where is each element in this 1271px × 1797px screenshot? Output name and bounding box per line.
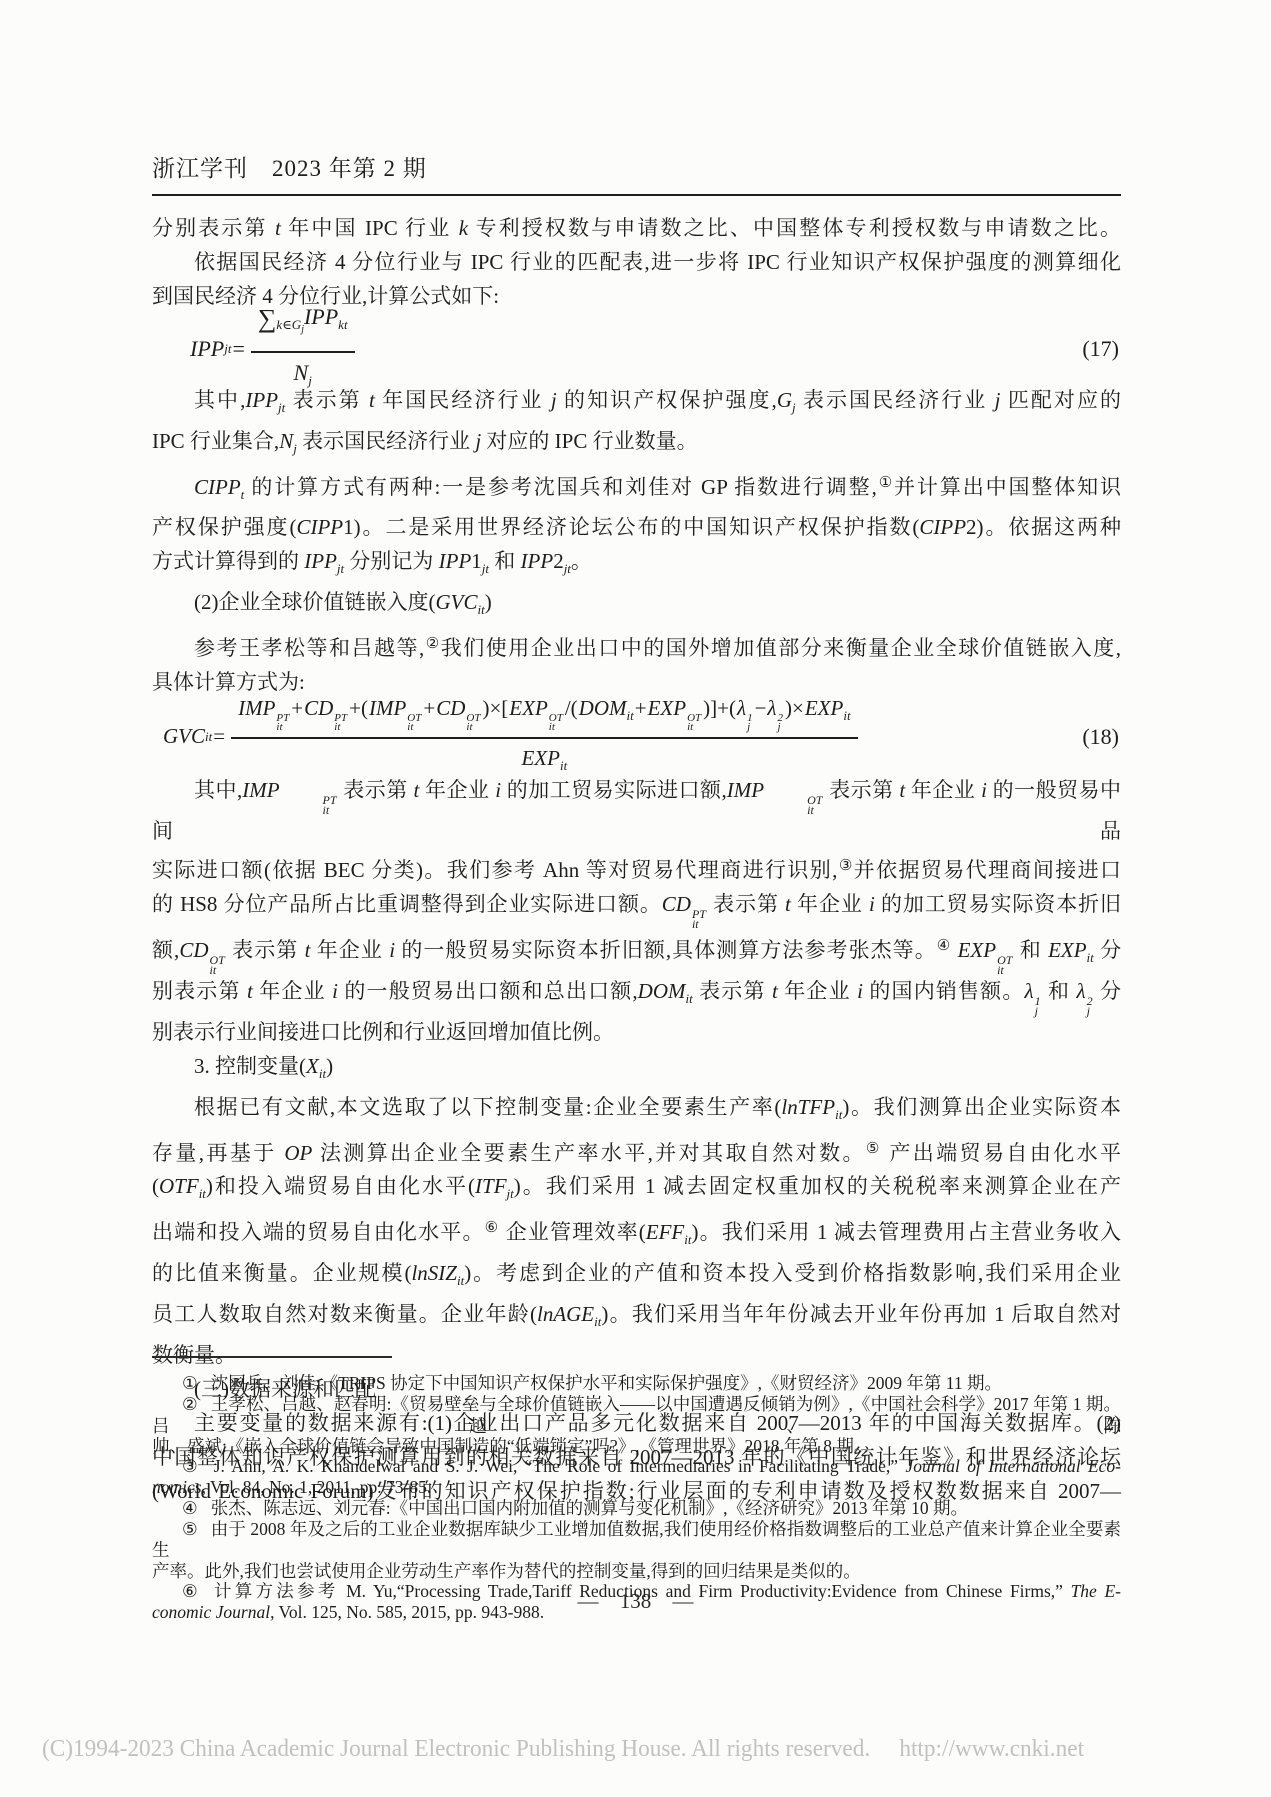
body-line: 分别表示第 t 年中国 IPC 行业 k 专利授权数与申请数之比、中国整体专利授… [152, 212, 1121, 246]
watermark-url: http://www.cnki.net [899, 1736, 1084, 1763]
formula-17-fraction: ∑k∈GjIPPkt Nj [251, 300, 355, 398]
body-line: 其中,IMPPTit 表示第 t 年企业 i 的加工贸易实际进口额,IMPOTi… [152, 774, 1121, 849]
body-line: 的 HS8 分位产品所占比重调整得到企业实际进口额。CDPTit 表示第 t 年… [152, 888, 1121, 929]
body-line: IPC 行业集合,Nj 表示国民经济行业 j 对应的 IPC 行业数量。 [152, 425, 1121, 466]
body-line: 出端和投入端的贸易自由化水平。⑥ 企业管理效率(EFFit)。我们采用 1 减去… [152, 1211, 1121, 1257]
equation-number-18: (18) [1082, 720, 1119, 754]
body-line: 员工人数取自然对数来衡量。企业年龄(lnAGEit)。我们采用当年年份减去开业年… [152, 1298, 1121, 1339]
formula-18-numerator: IMPPTit+CDPTit+(IMPOTit+CDOTit)×[EXPOTit… [231, 692, 858, 739]
stacked-script: 1j [747, 714, 753, 733]
watermark: (C)1994-2023 China Academic Journal Elec… [42, 1736, 1206, 1763]
journal-header: 浙江学刊 2023 年第 2 期 [152, 150, 427, 183]
body-line: CIPPt 的计算方式有两种:一是参考沈国兵和刘佳对 GP 指数进行调整,①并计… [152, 466, 1121, 512]
footnote-line: ②王孝松、吕越、赵春明:《贸易壁垒与全球价值链嵌入——以中国遭遇反倾销为例》,《… [152, 1394, 1121, 1436]
body-line: 依据国民经济 4 分位行业与 IPC 行业的匹配表,进一步将 IPC 行业知识产… [152, 246, 1121, 280]
body-line: 的比值来衡量。企业规模(lnSIZit)。考虑到企业的产值和资本投入受到价格指数… [152, 1257, 1121, 1298]
footnote-line: ①沈国兵、刘佳:《TRIPS 协定下中国知识产权保护水平和实际保护强度》,《财贸… [152, 1373, 1121, 1394]
stacked-script: OTit [466, 714, 480, 733]
body-line: 参考王孝松等和吕越等,②我们使用企业出口中的国外增加值部分来衡量企业全球价值链嵌… [152, 627, 1121, 666]
stacked-script: OTit [687, 714, 701, 733]
stacked-script: PTit [281, 795, 337, 815]
formula-18-fraction: IMPPTit+CDPTit+(IMPOTit+CDOTit)×[EXPOTit… [231, 692, 858, 783]
body-line: 产权保护强度(CIPP1)。二是采用世界经济论坛公布的中国知识产权保护指数(CI… [152, 511, 1121, 545]
stacked-script: 1j [1035, 996, 1041, 1016]
formula-17-lhs: IPPjt = [190, 332, 246, 366]
equation-number-17: (17) [1082, 332, 1119, 366]
footnote-line: 帅、盛斌:《嵌入全球价值链会导致中国制造的“低端锁定”吗?》,《管理世界》201… [152, 1436, 1121, 1456]
stacked-script: 2j [778, 714, 784, 733]
stacked-script: OTit [210, 955, 225, 975]
footnotes: ①沈国兵、刘佳:《TRIPS 协定下中国知识产权保护水平和实际保护强度》,《财贸… [152, 1373, 1121, 1623]
body-line: 别表示行业间接进口比例和行业返回增加值比例。 [152, 1016, 1121, 1050]
footnote-line: nomics, Vol. 84, No. 1, 2011, pp. 73-85. [152, 1477, 1121, 1497]
body-line: (OTFit)和投入端贸易自由化水平(ITFjt)。我们采用 1 减去固定权重加… [152, 1170, 1121, 1211]
stacked-script: PTit [334, 714, 347, 733]
formula-17-numerator: ∑k∈GjIPPkt [251, 300, 355, 353]
watermark-text: (C)1994-2023 China Academic Journal Elec… [42, 1736, 870, 1763]
body-line: 方式计算得到的 IPPjt 分别记为 IPP1jt 和 IPP2jt。 [152, 545, 1121, 586]
formula-18-lhs: GVCit= [163, 720, 226, 754]
formula-17-denominator: Nj [294, 353, 312, 398]
body-line: 存量,再基于 OP 法测算出企业全要素生产率水平,并对其取自然对数。⑤ 产出端贸… [152, 1132, 1121, 1171]
stacked-script: 2j [1087, 996, 1093, 1016]
formula-18-denominator: EXPit [521, 739, 567, 783]
body-line: 额,CDOTit 表示第 t 年企业 i 的一般贸易实际资本折旧额,具体测算方法… [152, 929, 1121, 975]
body-text: 分别表示第 t 年中国 IPC 行业 k 专利授权数与申请数之比、中国整体专利授… [152, 212, 1121, 1509]
stacked-script: OTit [549, 714, 563, 733]
footnote-line: ⑤由于 2008 年及之后的工业企业数据库缺少工业增加值数据,我们使用经价格指数… [152, 1519, 1121, 1561]
body-line: 实际进口额(依据 BEC 分类)。我们参考 Ahn 等对贸易代理商进行识别,③并… [152, 849, 1121, 888]
stacked-script: OTit [407, 714, 421, 733]
stacked-script: OTit [765, 795, 822, 815]
body-line: 别表示第 t 年企业 i 的一般贸易出口额和总出口额,DOMit 表示第 t 年… [152, 975, 1121, 1016]
page-number: — 138 — [0, 1589, 1271, 1614]
footnote-line: ③J. Ahn, A. K. Khandelwal and S. J. Wei,… [152, 1456, 1121, 1477]
formula-18: GVCit= IMPPTit+CDPTit+(IMPOTit+CDOTit)×[… [152, 700, 1121, 774]
stacked-script: PTit [276, 714, 289, 733]
body-line: 根据已有文献,本文选取了以下控制变量:企业全要素生产率(lnTFPit)。我们测… [152, 1091, 1121, 1132]
footnote-line: 产率。此外,我们也尝试使用企业劳动生产率作为替代的控制变量,得到的回归结果是类似… [152, 1561, 1121, 1581]
body-line: 3. 控制变量(Xit) [152, 1050, 1121, 1091]
header-rule [152, 194, 1121, 196]
journal-page: 浙江学刊 2023 年第 2 期 分别表示第 t 年中国 IPC 行业 k 专利… [0, 0, 1271, 1797]
footnote-line: ④张杰、陈志远、刘元春:《中国出口国内附加值的测算与变化机制》,《经济研究》20… [152, 1498, 1121, 1519]
formula-17: IPPjt = ∑k∈GjIPPkt Nj (17) [152, 314, 1121, 384]
footnotes-divider [152, 1356, 392, 1358]
stacked-script: PTit [692, 909, 706, 929]
body-line: (2)企业全球价值链嵌入度(GVCit) [152, 586, 1121, 627]
stacked-script: OTit [997, 955, 1012, 975]
